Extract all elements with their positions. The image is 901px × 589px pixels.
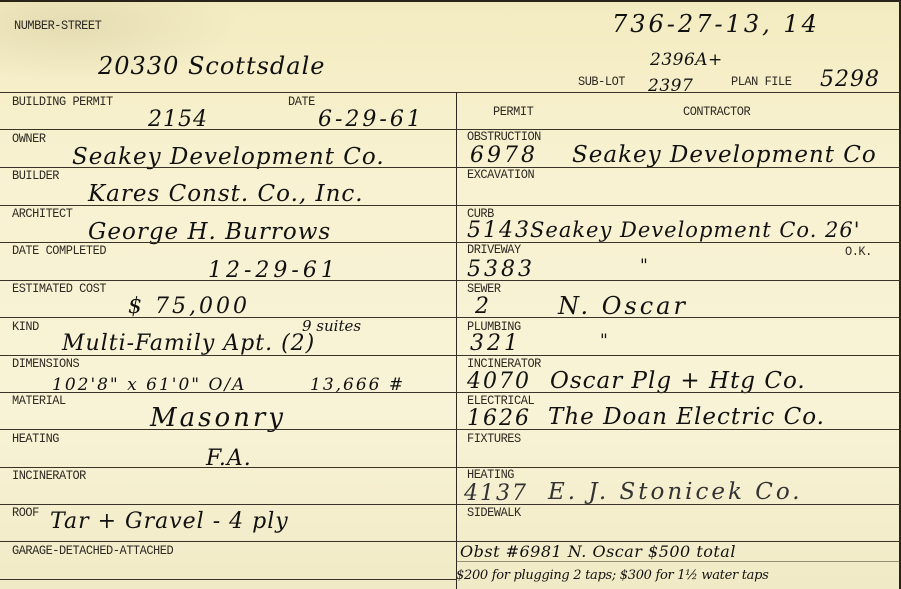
rule (456, 317, 901, 318)
builder-label: BUILDER (12, 169, 59, 183)
rule (456, 429, 901, 430)
sidewalk-label: SIDEWALK (467, 506, 521, 520)
architect-value: George H. Burrows (88, 220, 331, 244)
heating-label: HEATING (12, 432, 59, 446)
kind-value: Multi-Family Apt. (2) (62, 332, 315, 356)
estimated-cost-label: ESTIMATED COST (12, 282, 106, 296)
rule (0, 167, 456, 168)
note-line-2: $200 for plugging 2 taps; $300 for 1½ wa… (456, 564, 768, 588)
rule (0, 504, 456, 505)
curb-contractor: Seakey Development Co. 26' (530, 218, 861, 242)
rule (0, 129, 901, 130)
permit-column-header: PERMIT (493, 105, 533, 119)
rule (456, 280, 901, 281)
owner-label: OWNER (12, 132, 46, 146)
rule (0, 317, 456, 318)
sub-lot-label: SUB-LOT (578, 75, 625, 89)
dimensions-area: 13,666 # (310, 373, 405, 397)
plumbing-permit: 321 (470, 332, 521, 356)
obstruction-label: OBSTRUCTION (467, 130, 541, 144)
heating-permit-label: HEATING (467, 468, 514, 482)
driveway-contractor-ditto: " " (640, 254, 901, 278)
sub-lot-upper-value: 2396A+ (650, 48, 723, 72)
sewer-permit: 2 (475, 295, 490, 319)
date-completed-label: DATE COMPLETED (12, 244, 106, 258)
date-label: DATE (288, 95, 315, 109)
heating-permit: 4137 (464, 482, 528, 506)
material-label: MATERIAL (12, 394, 66, 408)
permit-card: NUMBER-STREET 20330 Scottsdale 736-27-13… (0, 0, 901, 589)
heating-contractor: E. J. Stonicek Co. (548, 480, 803, 504)
building-permit-label: BUILDING PERMIT (12, 95, 113, 109)
incinerator-label: INCINERATOR (12, 469, 86, 483)
driveway-permit: 5383 (467, 258, 535, 282)
rule (456, 205, 901, 206)
excavation-label: EXCAVATION (467, 168, 534, 182)
material-value: Masonry (150, 406, 286, 430)
rule (0, 579, 456, 580)
rule (0, 392, 456, 393)
incinerator-contractor: Oscar Plg + Htg Co. (550, 369, 806, 393)
parcel-number: 736-27-13, 14 (612, 12, 820, 36)
roof-label: ROOF (12, 506, 39, 520)
rule (456, 561, 901, 562)
rule (456, 467, 901, 468)
estimated-cost-value: $ 75,000 (128, 295, 250, 319)
garage-label: GARAGE-DETACHED-ATTACHED (12, 544, 173, 558)
owner-value: Seakey Development Co. (72, 145, 385, 169)
rule (0, 92, 901, 93)
plan-file-value: 5298 (820, 68, 880, 92)
sewer-contractor: N. Oscar (558, 294, 688, 318)
rule (456, 242, 901, 243)
builder-value: Kares Const. Co., Inc. (88, 182, 364, 206)
contractor-column-header: CONTRACTOR (683, 105, 750, 119)
plumbing-contractor-ditto: " " (600, 329, 901, 353)
electrical-contractor: The Doan Electric Co. (548, 405, 825, 429)
incinerator-permit: 4070 (467, 370, 531, 394)
dimensions-label: DIMENSIONS (12, 357, 79, 371)
rule (0, 541, 456, 542)
dimensions-value: 102'8" x 61'0" O/A (52, 373, 246, 397)
number-street-label: NUMBER-STREET (14, 19, 101, 33)
sub-lot-value: 2397 (648, 74, 693, 98)
obstruction-contractor: Seakey Development Co (572, 143, 877, 167)
number-street-value: 20330 Scottsdale (98, 54, 325, 78)
driveway-label: DRIVEWAY (467, 243, 521, 257)
electrical-permit: 1626 (467, 407, 531, 431)
roof-value: Tar + Gravel - 4 ply (50, 510, 289, 534)
kind-label: KIND (12, 320, 39, 334)
rule (456, 504, 901, 505)
rule (0, 429, 456, 430)
obstruction-permit: 6978 (470, 144, 538, 168)
fixtures-label: FIXTURES (467, 432, 521, 446)
plan-file-label: PLAN FILE (731, 75, 791, 89)
curb-permit: 5143 (467, 219, 531, 243)
architect-label: ARCHITECT (12, 207, 72, 221)
